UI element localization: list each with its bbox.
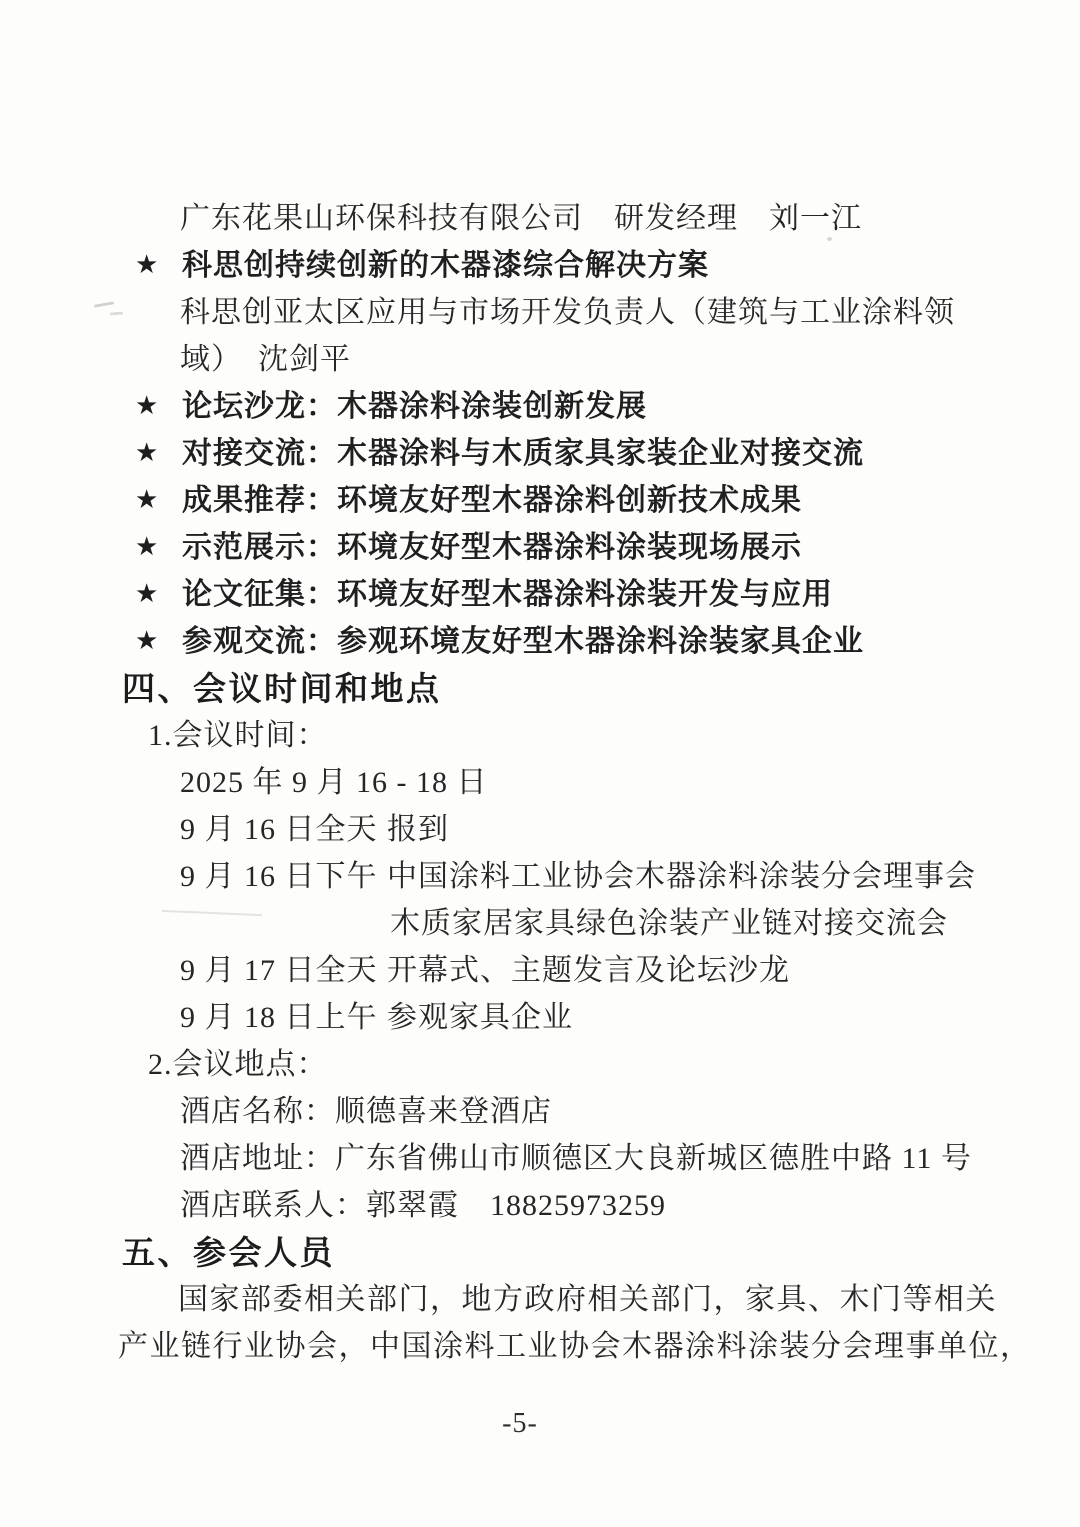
schedule-desc: 报到 — [387, 806, 449, 853]
schedule-time: 9 月 16 日下午 — [180, 853, 387, 900]
schedule-time: 9 月 16 日全天 — [180, 806, 387, 853]
starred-item-row: ★ 论文征集：环境友好型木器涂料涂装开发与应用 — [118, 571, 1038, 618]
star-bullet-icon: ★ — [118, 524, 182, 571]
topic-speaker-line-1: 科思创亚太区应用与市场开发负责人（建筑与工业涂料领 — [118, 289, 1038, 336]
starred-item-text: 论坛沙龙：木器涂料涂装创新发展 — [182, 383, 647, 430]
starred-item-row: ★ 示范展示：环境友好型木器涂料涂装现场展示 — [118, 524, 1038, 571]
star-bullet-icon: ★ — [118, 430, 182, 477]
time-label: 1.会议时间： — [118, 712, 1038, 759]
star-bullet-icon: ★ — [118, 571, 182, 618]
section-heading-5: 五、参会人员 — [118, 1229, 1038, 1276]
star-bullet-icon: ★ — [118, 383, 182, 430]
schedule-row: 9 月 16 日全天 报到 — [118, 806, 1038, 853]
participants-paragraph-line-2: 产业链行业协会，中国涂料工业协会木器涂料涂装分会理事单位， — [118, 1323, 1038, 1370]
starred-item-row: ★ 参观交流：参观环境友好型木器涂料涂装家具企业 — [118, 618, 1038, 665]
schedule-row: 9 月 16 日下午 中国涂料工业协会木器涂料涂装分会理事会 — [118, 853, 1038, 900]
schedule-desc: 参观家具企业 — [387, 994, 573, 1041]
starred-item-text: 对接交流：木器涂料与木质家具家装企业对接交流 — [182, 430, 864, 477]
starred-item-text: 示范展示：环境友好型木器涂料涂装现场展示 — [182, 524, 802, 571]
star-bullet-icon: ★ — [118, 618, 182, 665]
starred-topic-title: 科思创持续创新的木器漆综合解决方案 — [182, 242, 709, 289]
speaker-line: 广东花果山环保科技有限公司 研发经理 刘一江 — [118, 195, 1038, 242]
schedule-desc: 中国涂料工业协会木器涂料涂装分会理事会 — [387, 853, 976, 900]
starred-item-text: 成果推荐：环境友好型木器涂料创新技术成果 — [182, 477, 802, 524]
hotel-address: 酒店地址：广东省佛山市顺德区大良新城区德胜中路 11 号 — [118, 1135, 1038, 1182]
starred-item-text: 参观交流：参观环境友好型木器涂料涂装家具企业 — [182, 618, 864, 665]
schedule-time: 9 月 18 日上午 — [180, 994, 387, 1041]
schedule-desc: 开幕式、主题发言及论坛沙龙 — [387, 947, 790, 994]
starred-item-row: ★ 对接交流：木器涂料与木质家具家装企业对接交流 — [118, 430, 1038, 477]
schedule-row: 9 月 18 日上午 参观家具企业 — [118, 994, 1038, 1041]
topic-speaker-line-2: 域） 沈剑平 — [118, 336, 1038, 383]
hotel-name: 酒店名称：顺德喜来登酒店 — [118, 1088, 1038, 1135]
section-heading-4: 四、会议时间和地点 — [118, 665, 1038, 712]
schedule-desc-continued: 木质家居家具绿色涂装产业链对接交流会 — [118, 900, 1038, 947]
participants-paragraph-line-1: 国家部委相关部门，地方政府相关部门，家具、木门等相关 — [118, 1276, 1038, 1323]
document-body: 广东花果山环保科技有限公司 研发经理 刘一江 ★ 科思创持续创新的木器漆综合解决… — [0, 0, 1038, 1370]
page-number: -5- — [0, 1408, 1040, 1440]
document-page: 广东花果山环保科技有限公司 研发经理 刘一江 ★ 科思创持续创新的木器漆综合解决… — [0, 0, 1080, 1527]
starred-topic-row: ★ 科思创持续创新的木器漆综合解决方案 — [118, 242, 1038, 289]
hotel-contact: 酒店联系人：郭翠霞 18825973259 — [118, 1182, 1038, 1229]
schedule-time: 9 月 17 日全天 — [180, 947, 387, 994]
starred-item-row: ★ 成果推荐：环境友好型木器涂料创新技术成果 — [118, 477, 1038, 524]
schedule-row: 9 月 17 日全天 开幕式、主题发言及论坛沙龙 — [118, 947, 1038, 994]
starred-item-row: ★ 论坛沙龙：木器涂料涂装创新发展 — [118, 383, 1038, 430]
date-range: 2025 年 9 月 16 - 18 日 — [118, 759, 1038, 806]
star-bullet-icon: ★ — [118, 242, 182, 289]
starred-item-text: 论文征集：环境友好型木器涂料涂装开发与应用 — [182, 571, 833, 618]
scan-artifact — [827, 237, 832, 241]
venue-label: 2.会议地点： — [118, 1041, 1038, 1088]
star-bullet-icon: ★ — [118, 477, 182, 524]
